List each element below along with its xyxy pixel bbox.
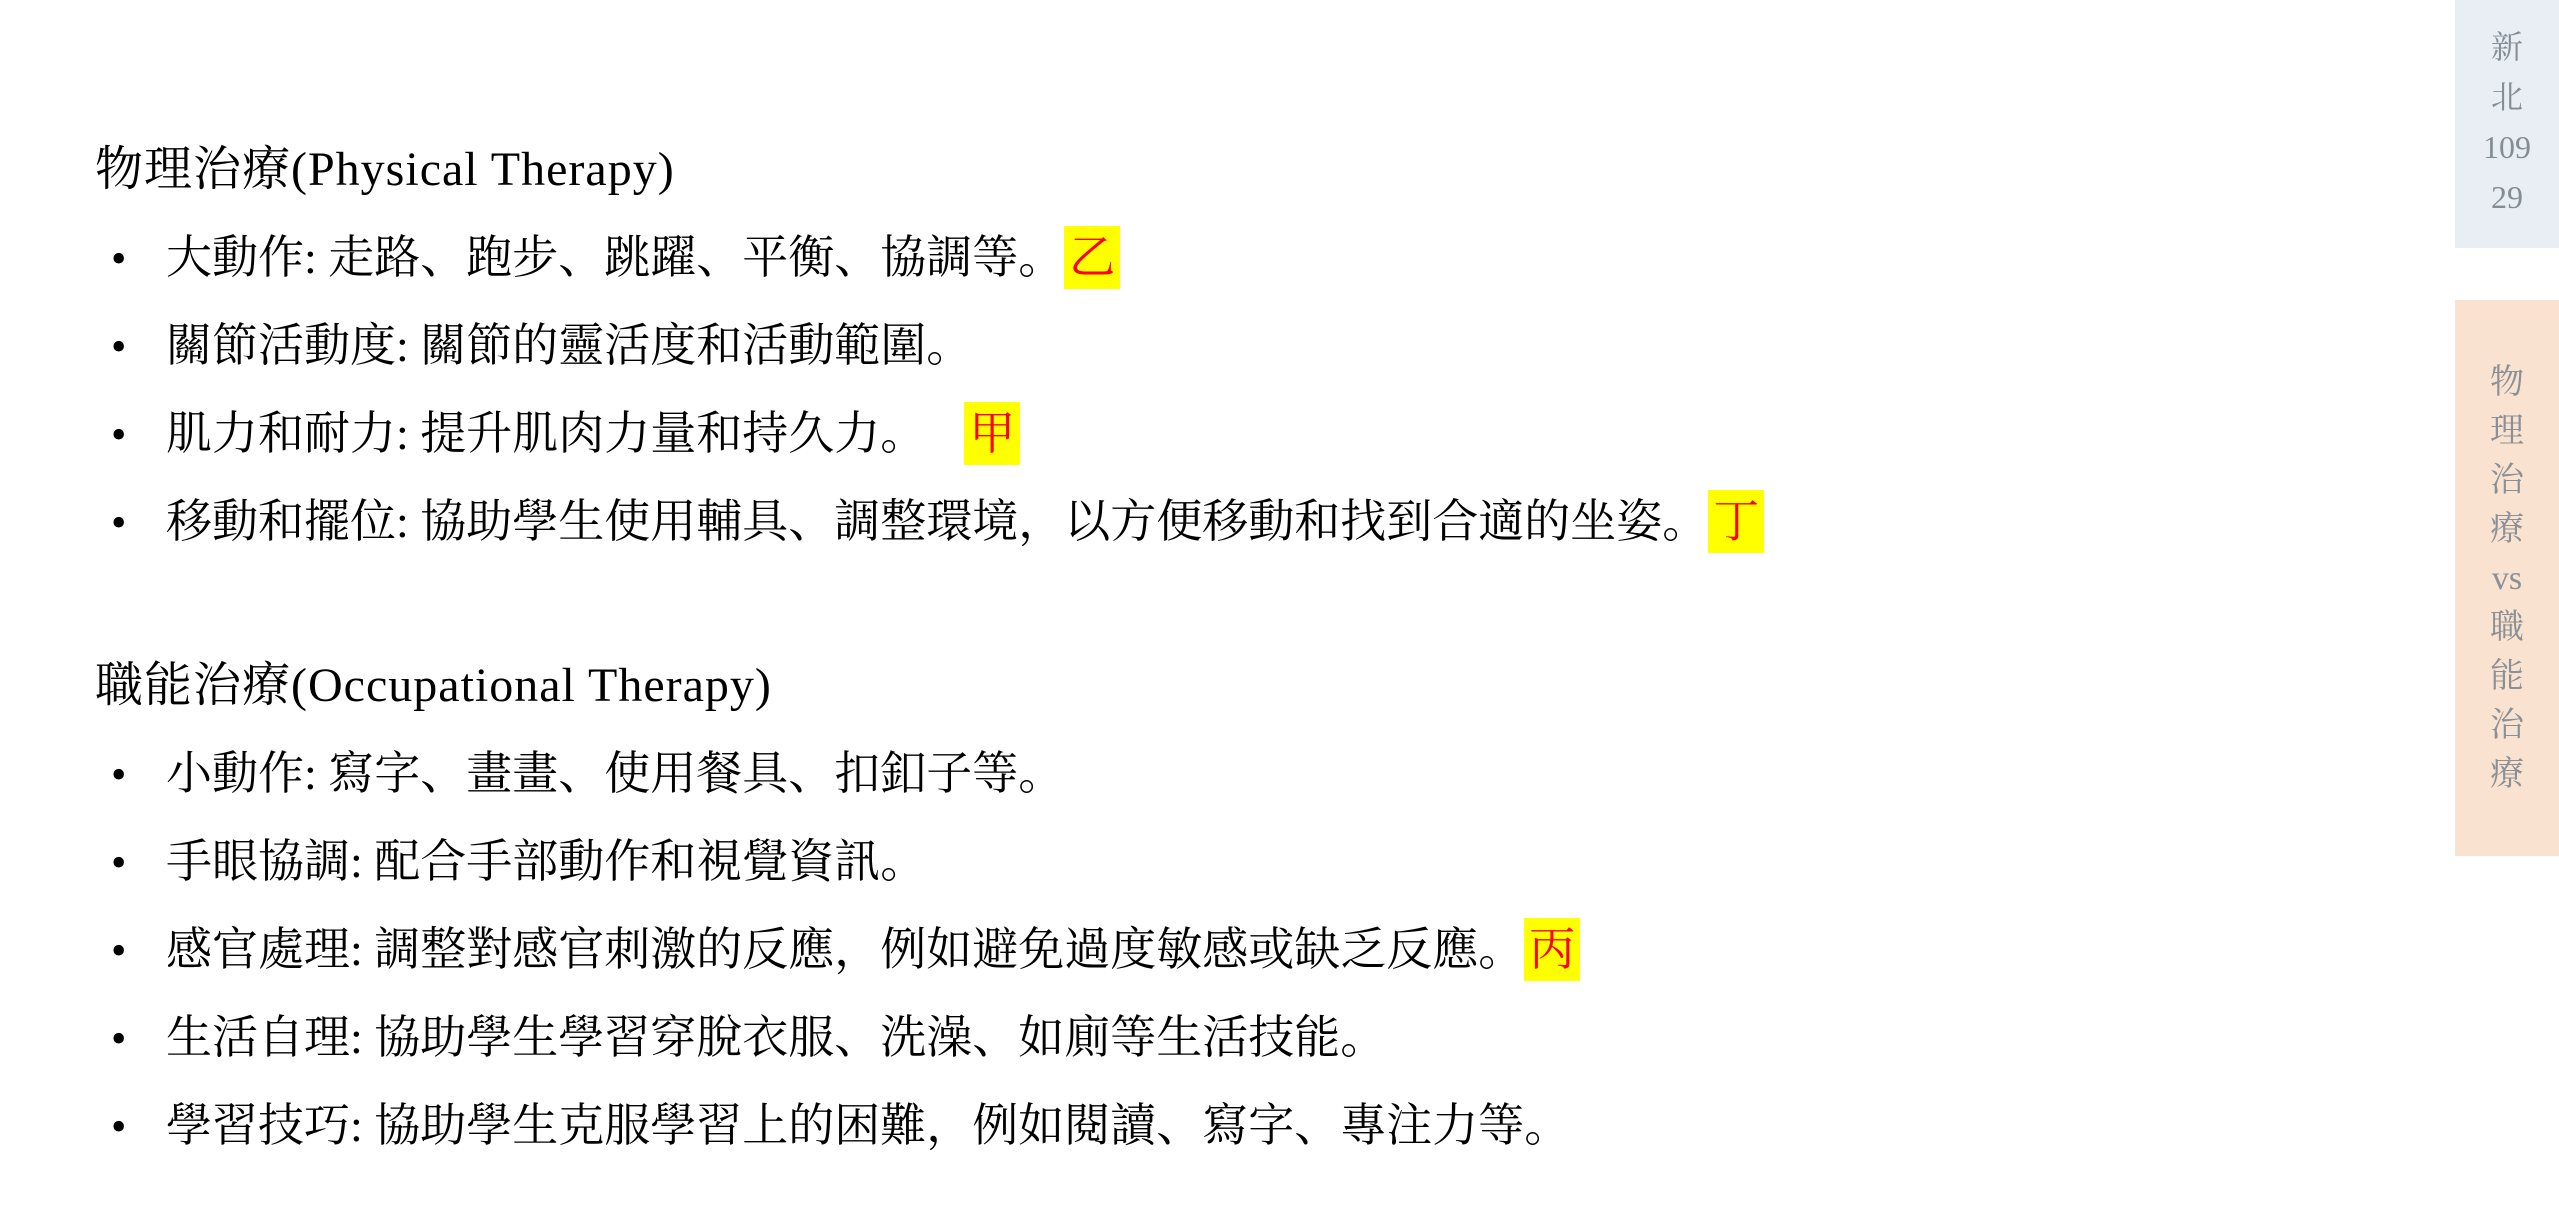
source-badge-line: 北	[2491, 72, 2523, 122]
topic-side-tab-line: 療	[2490, 505, 2524, 554]
bullet-text: 手眼協調: 配合手部動作和視覺資訊。	[166, 836, 926, 887]
topic-side-tab: 物 理 治 療 vs 職 能 治 療	[2455, 300, 2559, 856]
section-title-occupational-therapy: 職能治療(Occupational Therapy)	[95, 642, 2419, 730]
bullet-icon: •	[95, 995, 166, 1083]
answer-highlight: 丙	[1524, 918, 1580, 981]
bullet-icon: •	[95, 907, 166, 995]
source-badge-line: 新	[2491, 22, 2523, 72]
bullet-icon: •	[95, 819, 166, 907]
topic-side-tab-line: 理	[2490, 407, 2524, 456]
topic-side-tab-line: vs	[2492, 554, 2522, 603]
bullet-icon: •	[95, 391, 166, 479]
topic-side-tab-line: 治	[2490, 701, 2524, 750]
bullet-item: •大動作: 走路、跑步、跳躍、平衡、協調等。乙	[95, 214, 2419, 302]
bullet-text: 學習技巧: 協助學生克服學習上的困難，例如閱讀、寫字、專注力等。	[166, 1100, 1570, 1151]
bullet-text: 肌力和耐力: 提升肌肉力量和持久力。	[166, 408, 926, 459]
bullet-item: •學習技巧: 協助學生克服學習上的困難，例如閱讀、寫字、專注力等。	[95, 1082, 2419, 1170]
section-gap	[95, 566, 2419, 642]
bullet-text: 關節活動度: 關節的靈活度和活動範圍。	[166, 320, 972, 371]
topic-side-tab-line: 能	[2490, 652, 2524, 701]
bullet-item: •關節活動度: 關節的靈活度和活動範圍。	[95, 302, 2419, 390]
source-badge-line: 29	[2491, 172, 2523, 222]
bullet-icon: •	[95, 1083, 166, 1171]
slide-page: 物理治療(Physical Therapy) •大動作: 走路、跑步、跳躍、平衡…	[0, 0, 2559, 1209]
answer-highlight: 丁	[1708, 490, 1764, 553]
bullet-item: •感官處理: 調整對感官刺激的反應，例如避免過度敏感或缺乏反應。丙	[95, 906, 2419, 994]
source-badge: 新 北 109 29	[2455, 0, 2559, 248]
bullet-text: 感官處理: 調整對感官刺激的反應，例如避免過度敏感或缺乏反應。	[166, 924, 1524, 975]
bullet-item: •移動和擺位: 協助學生使用輔具、調整環境，以方便移動和找到合適的坐姿。丁	[95, 478, 2419, 566]
topic-side-tab-line: 療	[2490, 750, 2524, 799]
bullet-text: 生活自理: 協助學生學習穿脫衣服、洗澡、如廁等生活技能。	[166, 1012, 1386, 1063]
source-badge-line: 109	[2483, 122, 2531, 172]
slide-content: 物理治療(Physical Therapy) •大動作: 走路、跑步、跳躍、平衡…	[95, 126, 2419, 1170]
bullet-item: •肌力和耐力: 提升肌肉力量和持久力。甲	[95, 390, 2419, 478]
bullet-icon: •	[95, 215, 166, 303]
bullet-item: •手眼協調: 配合手部動作和視覺資訊。	[95, 818, 2419, 906]
section-title-physical-therapy: 物理治療(Physical Therapy)	[95, 126, 2419, 214]
bullet-icon: •	[95, 731, 166, 819]
bullet-item: •小動作: 寫字、畫畫、使用餐具、扣釦子等。	[95, 730, 2419, 818]
answer-highlight: 乙	[1064, 226, 1120, 289]
bullet-text: 大動作: 走路、跑步、跳躍、平衡、協調等。	[166, 232, 1064, 283]
bullet-icon: •	[95, 479, 166, 567]
topic-side-tab-line: 職	[2490, 603, 2524, 652]
bullet-text: 小動作: 寫字、畫畫、使用餐具、扣釦子等。	[166, 748, 1064, 799]
bullet-item: •生活自理: 協助學生學習穿脫衣服、洗澡、如廁等生活技能。	[95, 994, 2419, 1082]
topic-side-tab-line: 物	[2490, 358, 2524, 407]
answer-highlight: 甲	[964, 402, 1020, 465]
bullet-text: 移動和擺位: 協助學生使用輔具、調整環境，以方便移動和找到合適的坐姿。	[166, 496, 1708, 547]
topic-side-tab-line: 治	[2490, 456, 2524, 505]
bullet-icon: •	[95, 303, 166, 391]
